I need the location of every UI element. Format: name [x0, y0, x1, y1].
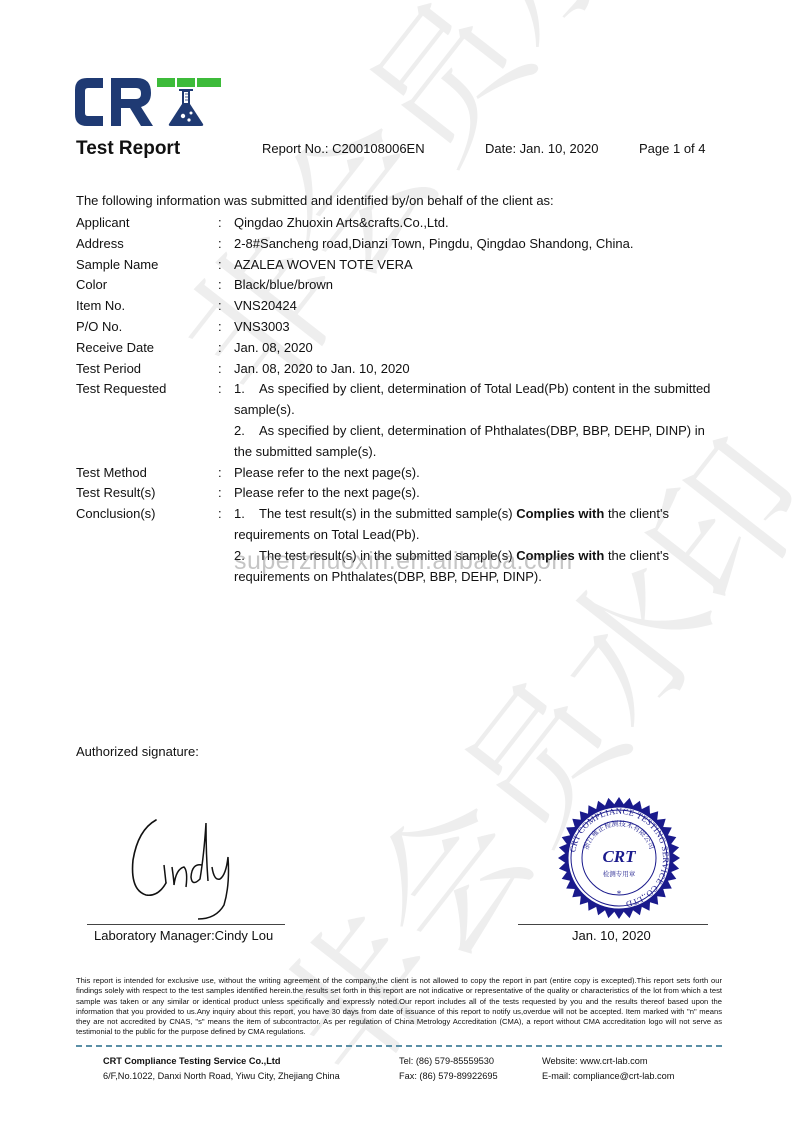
field-colon: :: [218, 463, 234, 484]
footer-website[interactable]: Website: www.crt-lab.com: [542, 1056, 648, 1066]
field-label: Test Result(s): [76, 483, 218, 504]
authorized-signature-label: Authorized signature:: [76, 744, 199, 759]
field-conclusion: Conclusion(s) : 1.The test result(s) in …: [76, 504, 726, 587]
report-number: Report No.: C200108006EN: [262, 141, 425, 156]
field-colon: :: [218, 504, 234, 587]
field-value: AZALEA WOVEN TOTE VERA: [234, 255, 726, 276]
signature-line: [87, 924, 285, 925]
field-colon: :: [218, 296, 234, 317]
field-value: VNS20424: [234, 296, 726, 317]
test-requested-item: 1.As specified by client, determination …: [234, 379, 726, 421]
field-color: Color : Black/blue/brown: [76, 275, 726, 296]
date-line: [518, 924, 708, 925]
report-date: Date: Jan. 10, 2020: [485, 141, 598, 156]
company-seal: CRT COMPLIANCE TESTING SERVICE CO.,LTD 浙…: [553, 796, 685, 920]
compliance-status: Complies with: [516, 506, 604, 521]
crt-logo: [73, 76, 223, 128]
field-label: Applicant: [76, 213, 218, 234]
report-title: Test Report: [76, 138, 180, 160]
field-value: Please refer to the next page(s).: [234, 483, 726, 504]
field-value: Jan. 08, 2020: [234, 338, 726, 359]
item-number: 2.: [234, 546, 259, 567]
field-applicant: Applicant : Qingdao Zhuoxin Arts&crafts.…: [76, 213, 726, 234]
footer-company: CRT Compliance Testing Service Co.,Ltd: [103, 1056, 280, 1066]
field-colon: :: [218, 317, 234, 338]
item-text: As specified by client, determination of…: [234, 381, 710, 417]
field-value: Qingdao Zhuoxin Arts&crafts.Co.,Ltd.: [234, 213, 726, 234]
field-value: 2-8#Sancheng road,Dianzi Town, Pingdu, Q…: [234, 234, 726, 255]
seal-center-text: CRT: [602, 847, 636, 866]
field-colon: :: [218, 213, 234, 234]
field-value: Jan. 08, 2020 to Jan. 10, 2020: [234, 359, 726, 380]
field-test-results: Test Result(s) : Please refer to the nex…: [76, 483, 726, 504]
field-colon: :: [218, 359, 234, 380]
page-number: Page 1 of 4: [639, 141, 706, 156]
field-value: VNS3003: [234, 317, 726, 338]
field-label: Test Requested: [76, 379, 218, 462]
field-test-method: Test Method : Please refer to the next p…: [76, 463, 726, 484]
footer-fax: Fax: (86) 579-89922695: [399, 1071, 498, 1081]
field-colon: :: [218, 338, 234, 359]
item-number: 1.: [234, 379, 259, 400]
field-label: Receive Date: [76, 338, 218, 359]
seal-sub-text: 检测专用章: [603, 869, 636, 878]
item-text: The test result(s) in the submitted samp…: [259, 506, 516, 521]
compliance-status: Complies with: [516, 548, 604, 563]
field-label: Color: [76, 275, 218, 296]
item-number: 1.: [234, 504, 259, 525]
footer-email[interactable]: E-mail: compliance@crt-lab.com: [542, 1071, 674, 1081]
field-item-no: Item No. : VNS20424: [76, 296, 726, 317]
footer-divider: [76, 1045, 722, 1047]
field-sample-name: Sample Name : AZALEA WOVEN TOTE VERA: [76, 255, 726, 276]
conclusion-item: 2.The test result(s) in the submitted sa…: [234, 546, 726, 588]
field-colon: :: [218, 379, 234, 462]
field-colon: :: [218, 234, 234, 255]
seal-star: *: [617, 889, 622, 899]
field-value: Please refer to the next page(s).: [234, 463, 726, 484]
signatory-name: Laboratory Manager:Cindy Lou: [94, 928, 273, 943]
field-label: P/O No.: [76, 317, 218, 338]
field-label: Conclusion(s): [76, 504, 218, 587]
field-colon: :: [218, 483, 234, 504]
signature-date: Jan. 10, 2020: [572, 928, 651, 943]
footer-tel: Tel: (86) 579-85559530: [399, 1056, 494, 1066]
signature-image: [128, 815, 238, 925]
field-colon: :: [218, 275, 234, 296]
field-label: Item No.: [76, 296, 218, 317]
conclusion-item: 1.The test result(s) in the submitted sa…: [234, 504, 726, 546]
client-info-table: Applicant : Qingdao Zhuoxin Arts&crafts.…: [76, 213, 726, 587]
item-text: As specified by client, determination of…: [234, 423, 705, 459]
field-po-no: P/O No. : VNS3003: [76, 317, 726, 338]
test-requested-item: 2.As specified by client, determination …: [234, 421, 726, 463]
field-label: Address: [76, 234, 218, 255]
field-test-period: Test Period : Jan. 08, 2020 to Jan. 10, …: [76, 359, 726, 380]
field-value: 1.As specified by client, determination …: [234, 379, 726, 462]
item-text: The test result(s) in the submitted samp…: [259, 548, 516, 563]
item-number: 2.: [234, 421, 259, 442]
field-value: 1.The test result(s) in the submitted sa…: [234, 504, 726, 587]
field-label: Test Period: [76, 359, 218, 380]
field-test-requested: Test Requested : 1.As specified by clien…: [76, 379, 726, 462]
footer-address: 6/F,No.1022, Danxi North Road, Yiwu City…: [103, 1071, 340, 1081]
field-value: Black/blue/brown: [234, 275, 726, 296]
field-label: Sample Name: [76, 255, 218, 276]
intro-text: The following information was submitted …: [76, 193, 554, 208]
field-receive-date: Receive Date : Jan. 08, 2020: [76, 338, 726, 359]
disclaimer-text: This report is intended for exclusive us…: [76, 976, 722, 1038]
field-address: Address : 2-8#Sancheng road,Dianzi Town,…: [76, 234, 726, 255]
field-colon: :: [218, 255, 234, 276]
field-label: Test Method: [76, 463, 218, 484]
